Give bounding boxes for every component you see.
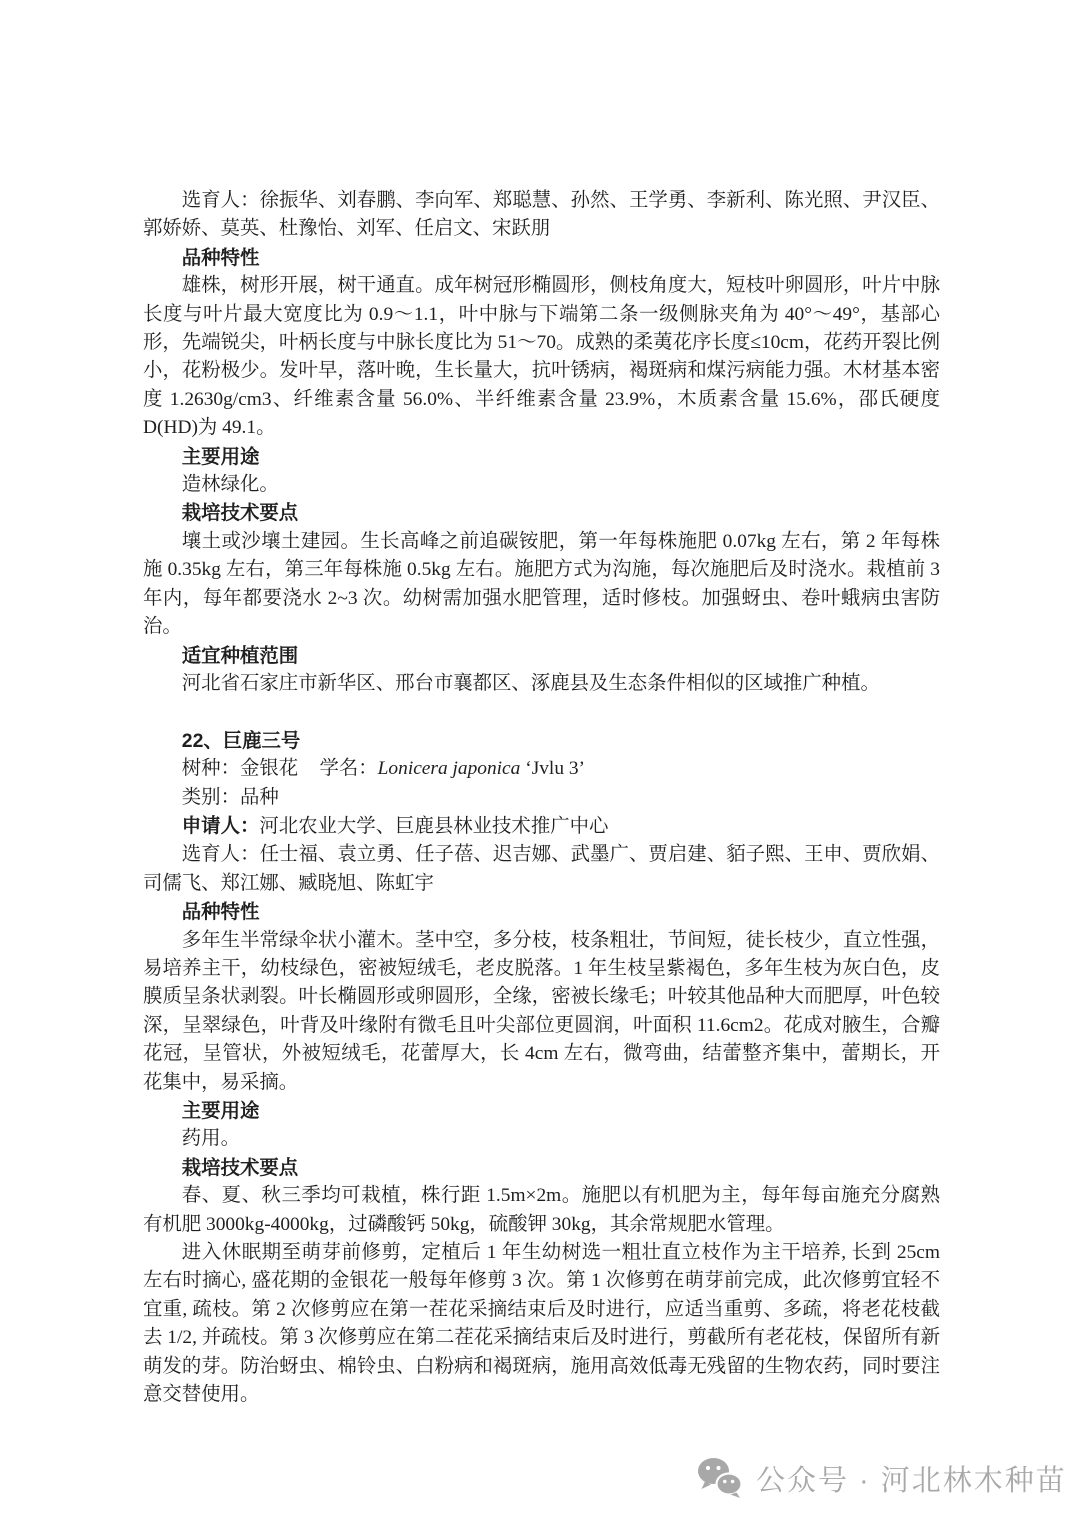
entry-separator [143,698,940,726]
latin-name-value: Lonicera japonica [378,758,521,779]
heading-cultivation-entry22: 栽培技术要点 [143,1154,940,1182]
applicant-value: 河北农业大学、巨鹿县林业技术推广中心 [259,816,608,837]
heading-main-use-entry21: 主要用途 [143,443,940,471]
paragraph-breeders-entry21: 选育人：徐振华、刘春鹏、李向军、郑聪慧、孙然、王学勇、李新利、陈光照、尹汉臣、郭… [143,187,940,244]
heading-entry22-title: 22、巨鹿三号 [143,727,940,755]
paragraph-main-use-entry22: 药用。 [143,1125,940,1153]
heading-variety-traits-entry21: 品种特性 [143,244,940,272]
heading-main-use-entry22: 主要用途 [143,1097,940,1125]
paragraph-cultivation-entry21: 壤土或沙壤土建园。生长高峰之前追碳铵肥，第一年每株施肥 0.07kg 左右，第 … [143,528,940,642]
species-label: 树种： [182,758,240,779]
watermark: 公众号 · 河北林木种苗 [696,1452,1067,1504]
heading-variety-traits-entry22: 品种特性 [143,898,940,926]
line-species-and-latin-name: 树种：金银花学名：Lonicera japonica ‘Jvlu 3’ [143,755,940,783]
species-value: 金银花 [240,758,298,779]
latin-name-label: 学名： [319,758,377,779]
heading-planting-range-entry21: 适宜种植范围 [143,642,940,670]
watermark-text: 公众号 · 河北林木种苗 [756,1458,1067,1499]
line-applicant: 申请人：河北农业大学、巨鹿县林业技术推广中心 [143,812,940,841]
paragraph-breeders-entry22: 选育人：任士福、袁立勇、任子蓓、迟吉娜、武墨广、贾启建、貊子熙、王申、贾欣娟、司… [143,841,940,898]
applicant-label: 申请人： [182,815,260,837]
document-body: 选育人：徐振华、刘春鹏、李向军、郑聪慧、孙然、王学勇、李新利、陈光照、尹汉臣、郭… [143,187,940,1409]
paragraph-variety-traits-entry22: 多年生半常绿伞状小灌木。茎中空，多分枝，枝条粗壮，节间短，徒长枝少，直立性强，易… [143,927,940,1097]
cultivar-name: ‘Jvlu 3’ [525,758,585,779]
line-category: 类别：品种 [143,784,940,812]
paragraph-main-use-entry21: 造林绿化。 [143,471,940,499]
paragraph-cultivation-2-entry22: 进入休眠期至萌芽前修剪，定植后 1 年生幼树选一粗壮直立枝作为主干培养, 长到 … [143,1239,940,1409]
wechat-icon [696,1457,744,1499]
paragraph-planting-range-entry21: 河北省石家庄市新华区、邢台市襄都区、涿鹿县及生态条件相似的区域推广种植。 [143,670,940,698]
heading-cultivation-entry21: 栽培技术要点 [143,499,940,527]
paragraph-cultivation-1-entry22: 春、夏、秋三季均可栽植，株行距 1.5m×2m。施肥以有机肥为主，每年每亩施充分… [143,1182,940,1239]
paragraph-variety-traits-entry21: 雄株，树形开展，树干通直。成年树冠形椭圆形，侧枝角度大，短枝叶卵圆形，叶片中脉长… [143,272,940,442]
